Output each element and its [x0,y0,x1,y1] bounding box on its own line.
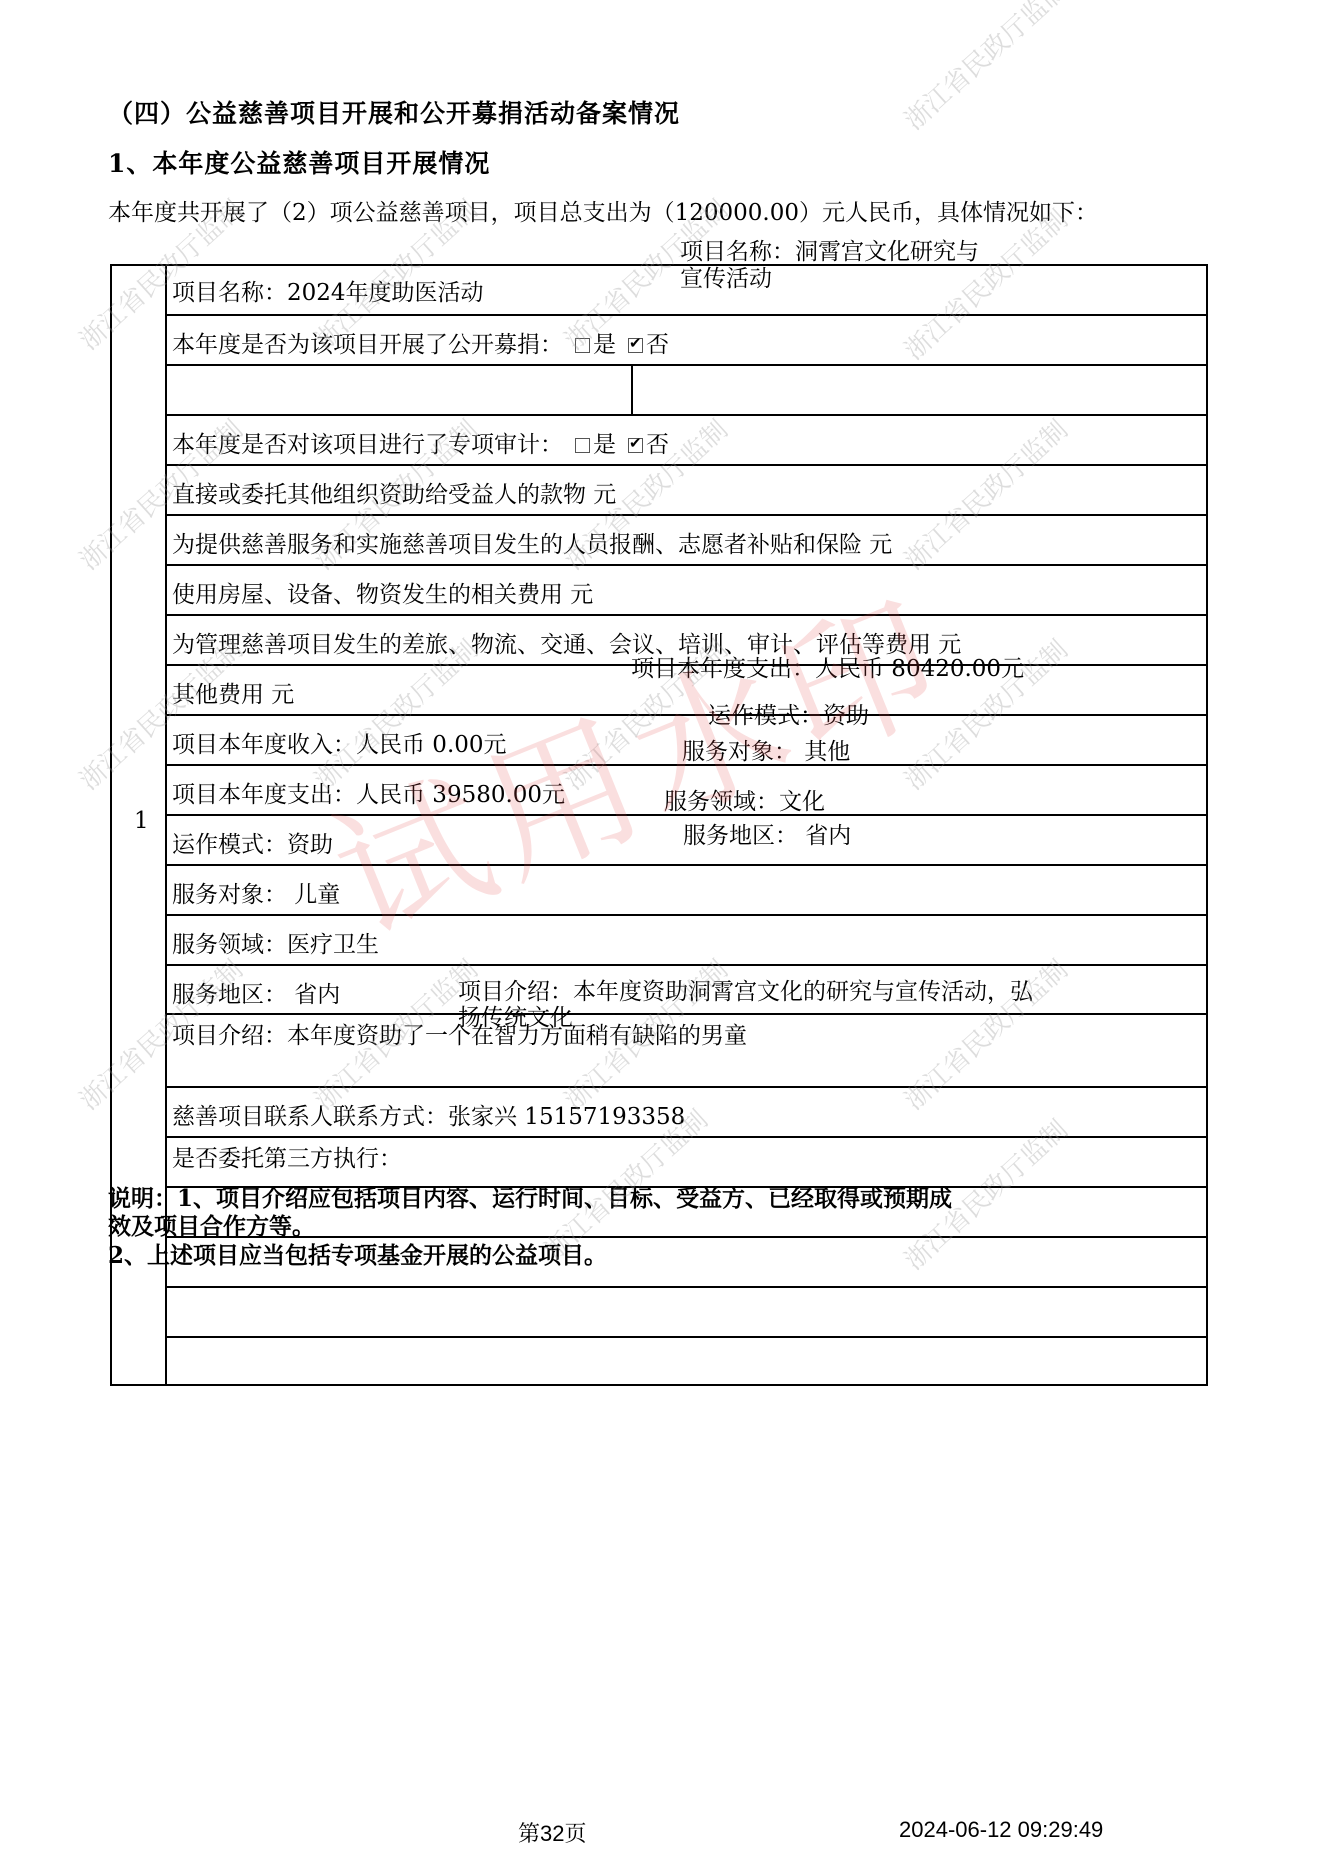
service-target: 服务对象： 儿童 [172,876,340,909]
expense: 项目本年度支出：人民币 39580.00元 [172,776,565,809]
direct-aid: 直接或委托其他组织资助给受益人的款物 元 [172,476,616,509]
project2-introduction-line2: 扬传统文化 [458,999,573,1032]
project2-service-target: 服务对象： 其他 [682,733,850,766]
project2-name-line2: 宣传活动 [680,260,772,293]
row-blank-3 [167,1288,1206,1338]
row-introduction: 项目介绍：本年度资助了一个在智力方面稍有缺陷的男童 [167,1015,1206,1088]
row-service-field: 服务领域：医疗卫生 [167,916,1206,966]
timestamp: 2024-06-12 09:29:49 [899,1817,1103,1843]
row-direct-aid: 直接或委托其他组织资助给受益人的款物 元 [167,466,1206,516]
row-facility-costs: 使用房屋、设备、物资发生的相关费用 元 [167,566,1206,616]
option-yes-label: 是 [593,432,616,458]
facility-costs: 使用房屋、设备、物资发生的相关费用 元 [172,576,593,609]
special-audit-label: 本年度是否对该项目进行了专项审计： [172,432,563,458]
intro-paragraph: 本年度共开展了（2）项公益慈善项目，项目总支出为（120000.00）元人民币，… [108,198,1128,228]
page-number: 第32页 [518,1817,586,1848]
checkbox-no-checked-icon[interactable] [628,338,643,353]
row-empty-split [167,366,1206,416]
special-audit-question: 本年度是否对该项目进行了专项审计：是否 [172,426,669,459]
watermark-text: 浙江省民政厅监制 [895,0,1074,137]
public-fundraising-question: 本年度是否为该项目开展了公开募捐：是否 [172,326,669,359]
option-no-label: 否 [646,432,669,458]
row-blank-4 [167,1338,1206,1386]
project2-service-region: 服务地区： 省内 [683,817,851,850]
cell-divider [631,366,633,414]
public-fundraising-label: 本年度是否为该项目开展了公开募捐： [172,332,563,358]
section-title: （四）公益慈善项目开展和公开募捐活动备案情况 [108,94,680,130]
project-name: 项目名称：2024年度助医活动 [172,274,484,307]
staff-costs: 为提供慈善服务和实施慈善项目发生的人员报酬、志愿者补贴和保险 元 [172,526,892,559]
row-special-audit: 本年度是否对该项目进行了专项审计：是否 [167,416,1206,466]
third-party: 是否委托第三方执行： [172,1140,402,1173]
subsection-title: 1、本年度公益慈善项目开展情况 [108,144,490,180]
operation-mode: 运作模式：资助 [172,826,333,859]
contact: 慈善项目联系人联系方式：张家兴 15157193358 [172,1098,685,1131]
row-public-fundraising: 本年度是否为该项目开展了公开募捐：是否 [167,316,1206,366]
checkbox-yes-unchecked-icon[interactable] [575,338,590,353]
project2-expense: 项目本年度支出：人民币 80420.00元 [631,650,1024,683]
project2-operation-mode: 运作模式：资助 [708,697,869,730]
income: 项目本年度收入：人民币 0.00元 [172,726,507,759]
row-service-target: 服务对象： 儿童 [167,866,1206,916]
project2-service-field: 服务领域：文化 [664,783,825,816]
service-region: 服务地区： 省内 [172,976,340,1009]
option-no-label: 否 [646,332,669,358]
checkbox-yes-unchecked-icon[interactable] [575,438,590,453]
checkbox-no-checked-icon[interactable] [628,438,643,453]
row-contact: 慈善项目联系人联系方式：张家兴 15157193358 [167,1088,1206,1138]
option-yes-label: 是 [593,332,616,358]
service-field: 服务领域：医疗卫生 [172,926,379,959]
row-index: 1 [134,808,149,834]
row-staff-costs: 为提供慈善服务和实施慈善项目发生的人员报酬、志愿者补贴和保险 元 [167,516,1206,566]
other-costs: 其他费用 元 [172,676,294,709]
note-line-3: 2、上述项目应当包括专项基金开展的公益项目。 [108,1237,607,1270]
